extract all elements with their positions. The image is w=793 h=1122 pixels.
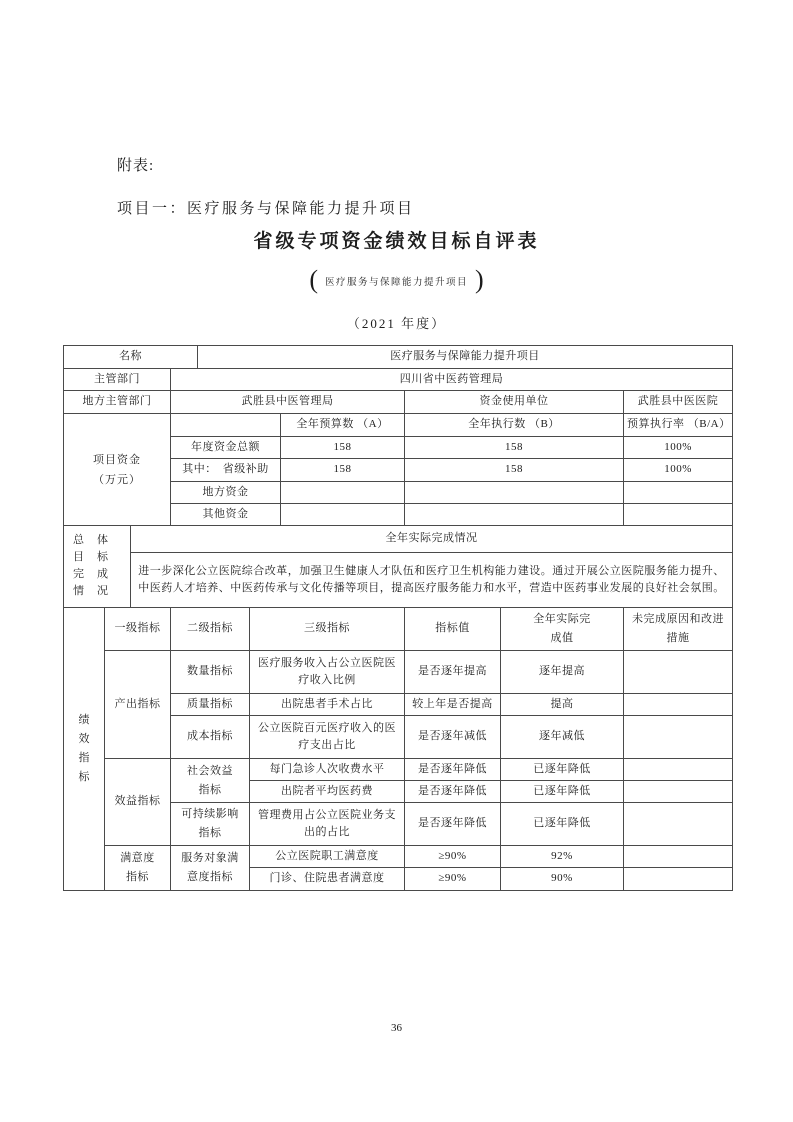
indicator-level2-cell: 成本指标 <box>171 716 250 759</box>
overall-side-label-cell: 总体目标完成情况 <box>64 526 131 608</box>
funds-budget-value: 158 <box>281 459 405 482</box>
funds-exec-value <box>405 504 624 526</box>
funds-exec-value <box>405 482 624 504</box>
indicator-reason-cell <box>624 759 733 781</box>
indicator-actual-cell: 已逐年降低 <box>501 781 624 803</box>
indicators-header-actual-text: 全年实际完成值 <box>531 610 593 648</box>
indicator-level3-cell: 每门急诊人次收费水平 <box>250 759 405 781</box>
funds-rate-value: 100% <box>624 437 733 459</box>
self-evaluation-table: 名称 医疗服务与保障能力提升项目 主管部门 四川省中医药管理局 地方主管部门 武… <box>63 345 733 891</box>
subtitle-open-paren: ( <box>309 265 318 294</box>
indicator-level3-cell: 出院者平均医药费 <box>250 781 405 803</box>
funds-side-label-cell: 项目资金（万元） <box>64 414 171 526</box>
indicator-actual-cell: 逐年提高 <box>501 651 624 694</box>
indicators-side-label-cell: 绩效指标 <box>64 608 105 891</box>
local-dept-value-cell: 武胜县中医管理局 <box>171 391 405 414</box>
indicator-reason-cell <box>624 694 733 716</box>
funds-rate-value: 100% <box>624 459 733 482</box>
funds-exec-value: 158 <box>405 459 624 482</box>
funds-rate-value <box>624 482 733 504</box>
fund-user-value-cell: 武胜县中医医院 <box>624 391 733 414</box>
indicator-level2-cell: 数量指标 <box>171 651 250 694</box>
dept-value-cell: 四川省中医药管理局 <box>171 369 733 391</box>
indicator-reason-cell <box>624 868 733 891</box>
indicator-actual-cell: 已逐年降低 <box>501 759 624 781</box>
indicator-reason-cell <box>624 803 733 846</box>
indicator-level2-cell: 可持续影响指标 <box>171 803 250 846</box>
funds-row-label: 年度资金总额 <box>171 437 281 459</box>
overall-side-label: 总体目标完成情况 <box>73 532 121 600</box>
indicators-header-level2: 二级指标 <box>171 608 250 651</box>
funds-col-exec: 全年执行数 （B） <box>405 414 624 437</box>
indicator-target-cell: 较上年是否提高 <box>405 694 501 716</box>
indicator-level1-cell: 满意度指标 <box>105 846 171 891</box>
name-label-cell: 名称 <box>64 346 198 369</box>
indicators-header-level1: 一级指标 <box>105 608 171 651</box>
local-dept-label-cell: 地方主管部门 <box>64 391 171 414</box>
indicator-level2-text: 社会效益指标 <box>185 762 235 800</box>
indicator-target-cell: 是否逐年提高 <box>405 651 501 694</box>
funds-blank-header-cell <box>171 414 281 437</box>
indicator-level3-cell: 管理费用占公立医院业务支出的占比 <box>250 803 405 846</box>
subtitle-close-paren: ) <box>475 265 484 294</box>
funds-budget-value <box>281 482 405 504</box>
indicator-level2-text: 服务对象满意度指标 <box>179 849 241 887</box>
indicator-level2-cell: 服务对象满意度指标 <box>171 846 250 891</box>
indicator-level1-cell: 产出指标 <box>105 651 171 759</box>
funds-col-budget: 全年预算数 （A） <box>281 414 405 437</box>
document-page: 附表: 项目一：医疗服务与保障能力提升项目 省级专项资金绩效目标自评表 (医疗服… <box>0 0 793 1122</box>
indicator-level2-cell: 社会效益指标 <box>171 759 250 803</box>
indicators-header-actual: 全年实际完成值 <box>501 608 624 651</box>
indicator-actual-cell: 逐年减低 <box>501 716 624 759</box>
funds-exec-value: 158 <box>405 437 624 459</box>
indicator-reason-cell <box>624 846 733 868</box>
funds-budget-value <box>281 504 405 526</box>
indicators-header-level3: 三级指标 <box>250 608 405 651</box>
indicator-reason-cell <box>624 651 733 694</box>
indicator-target-cell: 是否逐年减低 <box>405 716 501 759</box>
indicator-actual-cell: 90% <box>501 868 624 891</box>
indicator-level1-cell: 效益指标 <box>105 759 171 846</box>
year-label: （2021 年度） <box>0 313 793 332</box>
indicator-level2-cell: 质量指标 <box>171 694 250 716</box>
funds-row-label: 其中： 省级补助 <box>171 459 281 482</box>
indicator-level3-cell: 医疗服务收入占公立医院医疗收入比例 <box>250 651 405 694</box>
subtitle-text: 医疗服务与保障能力提升项目 <box>325 278 468 288</box>
page-title: 省级专项资金绩效目标自评表 <box>0 226 793 253</box>
indicator-reason-cell <box>624 716 733 759</box>
overall-content-cell: 进一步深化公立医院综合改革，加强卫生健康人才队伍和医疗卫生机构能力建设。通过开展… <box>131 553 733 608</box>
indicator-level3-cell: 门诊、住院患者满意度 <box>250 868 405 891</box>
subtitle-line: (医疗服务与保障能力提升项目) <box>0 266 793 296</box>
fund-user-label-cell: 资金使用单位 <box>405 391 624 414</box>
indicators-header-reason: 未完成原因和改进措施 <box>624 608 733 651</box>
indicator-level1-text: 满意度指标 <box>119 849 157 887</box>
appendix-label: 附表: <box>117 154 154 175</box>
funds-row-label: 地方资金 <box>171 482 281 504</box>
indicators-header-reason-text: 未完成原因和改进措施 <box>628 610 728 648</box>
indicators-header-target: 指标值 <box>405 608 501 651</box>
indicator-target-cell: 是否逐年降低 <box>405 759 501 781</box>
indicators-side-label: 绩效指标 <box>78 711 91 787</box>
page-number: 36 <box>0 1022 793 1034</box>
funds-side-label: 项目资金（万元） <box>89 450 145 490</box>
indicator-target-cell: 是否逐年降低 <box>405 781 501 803</box>
indicator-actual-cell: 已逐年降低 <box>501 803 624 846</box>
dept-label-cell: 主管部门 <box>64 369 171 391</box>
funds-rate-value <box>624 504 733 526</box>
overall-header-cell: 全年实际完成情况 <box>131 526 733 553</box>
name-value-cell: 医疗服务与保障能力提升项目 <box>198 346 733 369</box>
indicator-level2-text: 可持续影响指标 <box>179 805 241 843</box>
indicator-target-cell: 是否逐年降低 <box>405 803 501 846</box>
indicator-reason-cell <box>624 781 733 803</box>
funds-budget-value: 158 <box>281 437 405 459</box>
indicator-level3-cell: 公立医院百元医疗收入的医疗支出占比 <box>250 716 405 759</box>
indicator-actual-cell: 提高 <box>501 694 624 716</box>
indicator-level3-cell: 出院患者手术占比 <box>250 694 405 716</box>
project-heading: 项目一：医疗服务与保障能力提升项目 <box>117 197 415 218</box>
indicator-level3-cell: 公立医院职工满意度 <box>250 846 405 868</box>
funds-row-label: 其他资金 <box>171 504 281 526</box>
indicator-target-cell: ≥90% <box>405 846 501 868</box>
funds-col-rate: 预算执行率 （B/A） <box>624 414 733 437</box>
indicator-actual-cell: 92% <box>501 846 624 868</box>
indicator-target-cell: ≥90% <box>405 868 501 891</box>
